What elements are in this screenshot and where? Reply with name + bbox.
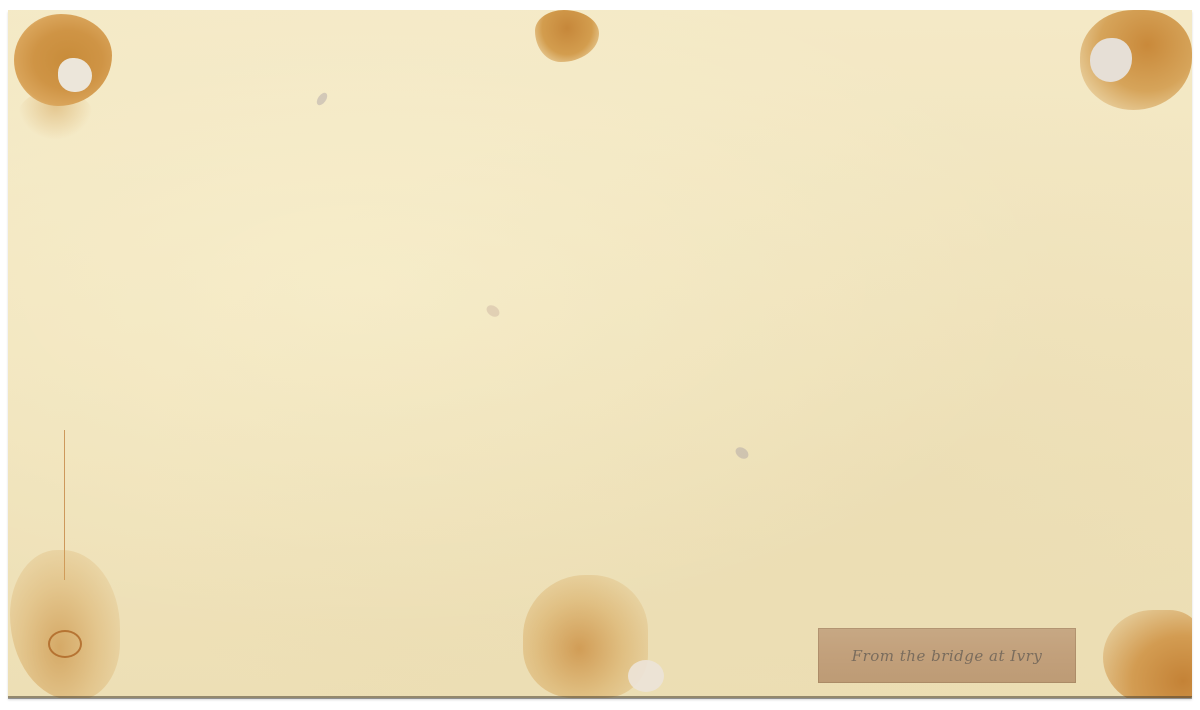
stain-vein-bottom-left bbox=[48, 630, 82, 658]
label-text: From the bridge at Ivry bbox=[852, 647, 1043, 665]
smudge-mark bbox=[484, 303, 501, 319]
paper-card: From the bridge at Ivry bbox=[8, 10, 1192, 698]
photo-scene: From the bridge at Ivry bbox=[0, 0, 1200, 710]
smudge-mark bbox=[315, 91, 330, 107]
smudge-mark bbox=[733, 445, 750, 461]
adhesive-stain-bottom-right bbox=[1103, 610, 1192, 698]
adhesive-stain-top-center bbox=[535, 10, 599, 62]
paper-loss-bottom-center bbox=[628, 660, 664, 692]
adhesive-stain-bottom-left bbox=[10, 550, 120, 698]
paper-loss-top-left bbox=[58, 58, 92, 92]
handwritten-label: From the bridge at Ivry bbox=[818, 628, 1076, 683]
